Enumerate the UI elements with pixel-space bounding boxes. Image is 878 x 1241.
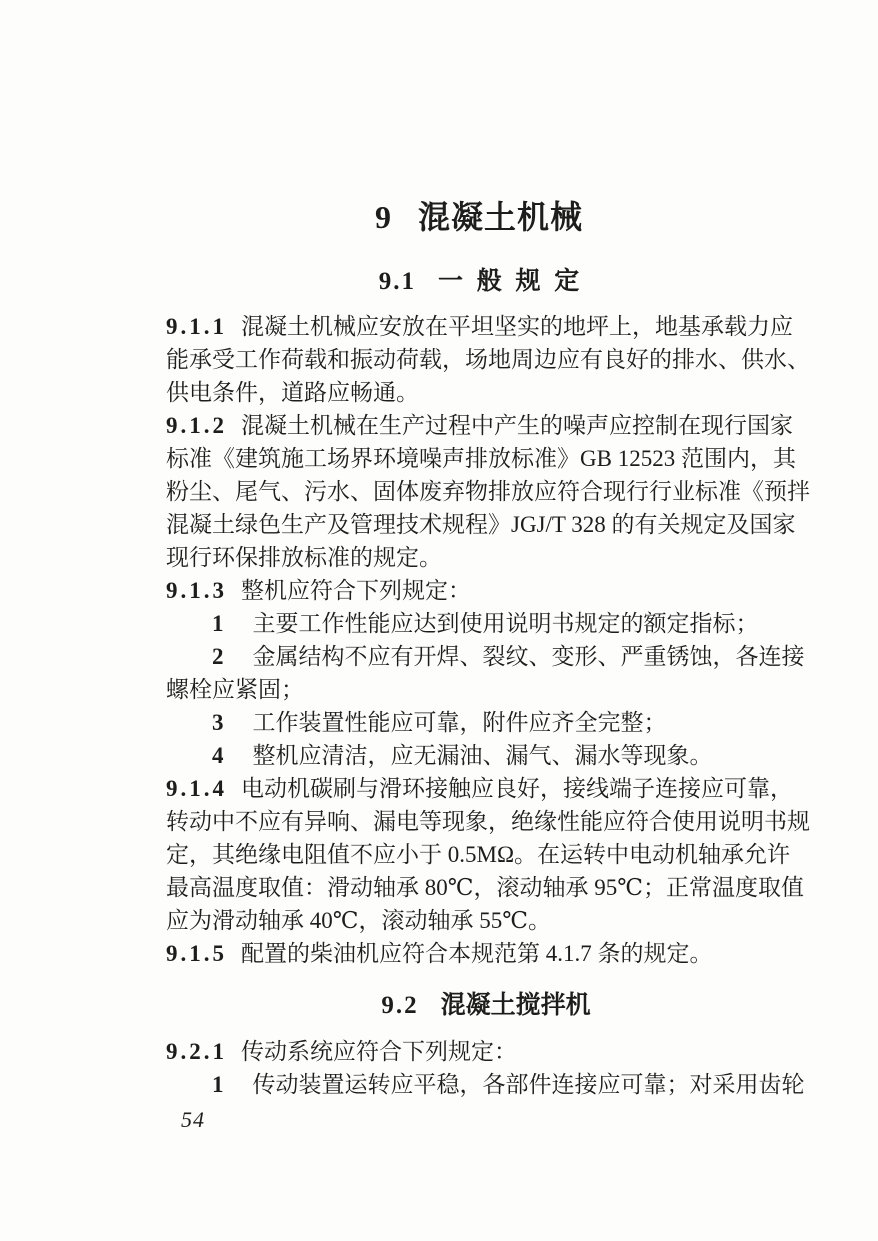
section-name: 一般规定: [438, 268, 593, 295]
clause-number: 9.2.1: [166, 1039, 227, 1064]
page-number: 54: [181, 1107, 205, 1133]
line-text: 定，其绝缘电阻值不应小于 0.5MΩ。在运转中电动机轴承允许: [166, 842, 790, 867]
text-line: 应为滑动轴承 40℃，滚动轴承 55℃。: [166, 904, 806, 937]
line-text: 整机应符合下列规定：: [241, 578, 471, 603]
text-line: 标准《建筑施工场界环境噪声排放标准》GB 12523 范围内，其: [166, 442, 806, 475]
clause-number: 9.1.3: [166, 578, 227, 603]
line-text: 混凝土机械应安放在平坦坚实的地坪上，地基承载力应: [241, 314, 793, 339]
text-line: 粉尘、尾气、污水、固体废弃物排放应符合现行行业标准《预拌: [166, 475, 806, 508]
list-item: 1传动装置运转应平稳，各部件连接应可靠；对采用齿轮: [166, 1068, 806, 1101]
text-line: 9.1.1混凝土机械应安放在平坦坚实的地坪上，地基承载力应: [166, 310, 806, 343]
line-text: 最高温度取值：滑动轴承 80℃，滚动轴承 95℃；正常温度取值: [166, 875, 804, 900]
item-number: 2: [212, 644, 224, 669]
line-text: 混凝土机械在生产过程中产生的噪声应控制在现行国家: [241, 413, 793, 438]
clause-number: 9.1.2: [166, 413, 227, 438]
line-text: 主要工作性能应达到使用说明书规定的额定指标；: [253, 611, 759, 636]
list-item: 4整机应清洁，应无漏油、漏气、漏水等现象。: [166, 739, 806, 772]
line-text: 螺栓应紧固；: [166, 677, 304, 702]
item-number: 4: [212, 743, 224, 768]
section-name: 混凝土搅拌机: [441, 992, 591, 1019]
text-line: 混凝土绿色生产及管理技术规程》JGJ/T 328 的有关规定及国家: [166, 508, 806, 541]
line-text: 现行环保排放标准的规定。: [166, 545, 442, 570]
item-number: 1: [212, 1072, 224, 1097]
text-line: 9.1.3整机应符合下列规定：: [166, 574, 806, 607]
line-text: 混凝土绿色生产及管理技术规程》JGJ/T 328 的有关规定及国家: [166, 512, 796, 537]
line-text: 传动装置运转应平稳，各部件连接应可靠；对采用齿轮: [253, 1072, 805, 1097]
clause-number: 9.1.1: [166, 314, 227, 339]
list-item: 3工作装置性能应可靠，附件应齐全完整；: [166, 706, 806, 739]
section-number: 9.1: [379, 268, 416, 295]
chapter-number: 9: [375, 199, 392, 235]
line-text: 配置的柴油机应符合本规范第 4.1.7 条的规定。: [241, 941, 713, 966]
text-line: 供电条件，道路应畅通。: [166, 376, 806, 409]
chapter-title: 9混凝土机械: [166, 192, 792, 238]
line-text: 金属结构不应有开焊、裂纹、变形、严重锈蚀，各连接: [253, 644, 805, 669]
section-number: 9.2: [381, 992, 418, 1019]
list-item: 1主要工作性能应达到使用说明书规定的额定指标；: [166, 607, 806, 640]
item-number: 3: [212, 710, 224, 735]
text-line: 最高温度取值：滑动轴承 80℃，滚动轴承 95℃；正常温度取值: [166, 871, 806, 904]
item-number: 1: [212, 611, 224, 636]
text-line: 9.1.5配置的柴油机应符合本规范第 4.1.7 条的规定。: [166, 937, 806, 970]
text-line: 9.2.1传动系统应符合下列规定：: [166, 1035, 806, 1068]
body-text: 9.1.1混凝土机械应安放在平坦坚实的地坪上，地基承载力应 能承受工作荷载和振动…: [166, 310, 806, 1101]
line-text: 整机应清洁，应无漏油、漏气、漏水等现象。: [253, 743, 713, 768]
line-text: 标准《建筑施工场界环境噪声排放标准》GB 12523 范围内，其: [166, 446, 796, 471]
text-line: 螺栓应紧固；: [166, 673, 806, 706]
list-item: 2金属结构不应有开焊、裂纹、变形、严重锈蚀，各连接: [166, 640, 806, 673]
clause-number: 9.1.5: [166, 941, 227, 966]
text-line: 转动中不应有异响、漏电等现象，绝缘性能应符合使用说明书规: [166, 805, 806, 838]
line-text: 转动中不应有异响、漏电等现象，绝缘性能应符合使用说明书规: [166, 809, 810, 834]
text-line: 定，其绝缘电阻值不应小于 0.5MΩ。在运转中电动机轴承允许: [166, 838, 806, 871]
line-text: 应为滑动轴承 40℃，滚动轴承 55℃。: [166, 908, 551, 933]
line-text: 工作装置性能应可靠，附件应齐全完整；: [253, 710, 667, 735]
section-heading-9-1: 9.1一般规定: [166, 261, 792, 297]
line-text: 粉尘、尾气、污水、固体废弃物排放应符合现行行业标准《预拌: [166, 479, 810, 504]
clause-number: 9.1.4: [166, 776, 227, 801]
line-text: 电动机碳刷与滑环接触应良好，接线端子连接应可靠，: [241, 776, 793, 801]
document-page: 9混凝土机械 9.1一般规定 9.1.1混凝土机械应安放在平坦坚实的地坪上，地基…: [0, 0, 878, 1241]
text-line: 9.1.4电动机碳刷与滑环接触应良好，接线端子连接应可靠，: [166, 772, 806, 805]
text-line: 9.1.2混凝土机械在生产过程中产生的噪声应控制在现行国家: [166, 409, 806, 442]
text-line: 能承受工作荷载和振动荷载，场地周边应有良好的排水、供水、: [166, 343, 806, 376]
text-line: 现行环保排放标准的规定。: [166, 541, 806, 574]
line-text: 传动系统应符合下列规定：: [241, 1039, 517, 1064]
section-heading-9-2: 9.2混凝土搅拌机: [166, 989, 806, 1022]
line-text: 能承受工作荷载和振动荷载，场地周边应有良好的排水、供水、: [166, 347, 810, 372]
line-text: 供电条件，道路应畅通。: [166, 380, 419, 405]
chapter-name: 混凝土机械: [418, 199, 583, 235]
